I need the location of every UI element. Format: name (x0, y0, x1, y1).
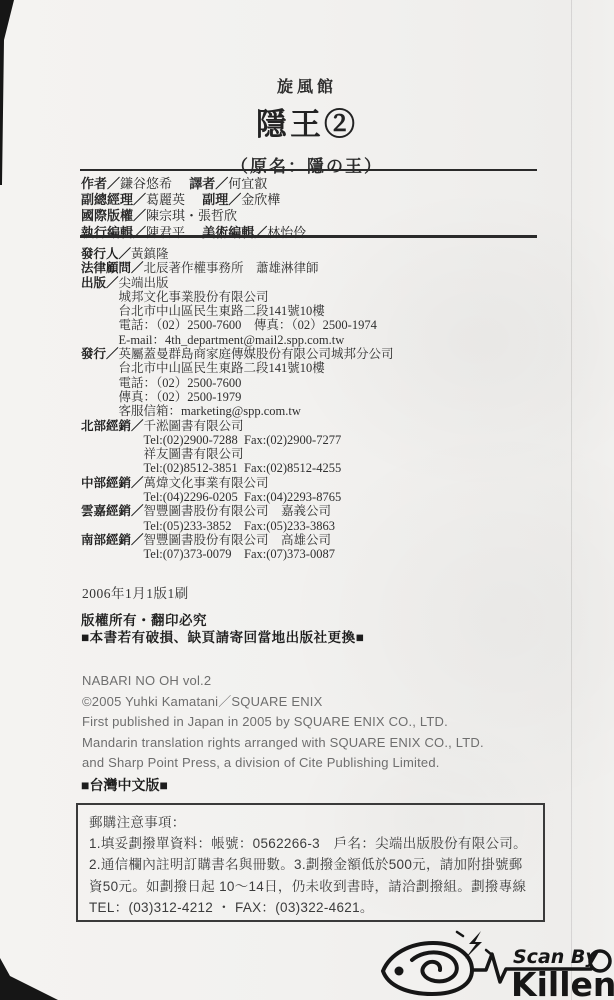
pub-line: 電話：（02）2500-7600 傳真：（02）2500-1974 (119, 318, 551, 332)
credit-row: 國際版權／陳宗琪・張哲欣 (81, 208, 320, 224)
damage-notice-line: ■本書若有破損、缺頁請寄回當地出版社更換■ (81, 630, 364, 647)
license-line: First published in Japan in 2005 by SQUA… (82, 712, 552, 733)
pub-line: 祥友圖書有限公司 (144, 447, 551, 461)
south-distributor-row: 南部經銷／ 智豐圖書股份有限公司 高雄公司 Tel:(07)373-0079 F… (81, 533, 551, 562)
mail-order-title: 郵購注意事項： (89, 812, 532, 833)
pub-label: 發行人／ (81, 247, 131, 261)
pub-line: 城邦文化事業股份有限公司 (119, 290, 551, 304)
pub-line: 電話：（02）2500-7600 (119, 376, 551, 390)
mail-order-body: 1.填妥劃撥單資料：帳號：0562266-3 戶名：尖端出版股份有限公司。2.通… (89, 833, 532, 918)
credit-label: 譯者／ (189, 176, 228, 191)
rights-notice: 版權所有・翻印必究 ■本書若有破損、缺頁請寄回當地出版社更換■ (81, 613, 364, 646)
pub-label: 發行／ (81, 347, 119, 361)
copyright-line: 版權所有・翻印必究 (81, 613, 364, 630)
imprint-label: 旋風館 (0, 74, 614, 97)
pub-label: 北部經銷／ (81, 419, 144, 433)
credit-row: 副總經理／葛麗英 副理／金欣樺 (81, 192, 320, 208)
pub-label: 南部經銷／ (81, 533, 144, 547)
mail-order-box: 郵購注意事項： 1.填妥劃撥單資料：帳號：0562266-3 戶名：尖端出版股份… (76, 803, 545, 922)
divider-top (80, 169, 537, 171)
pub-line: 萬煒文化事業有限公司 (144, 476, 551, 490)
pub-phone-line: Tel:(05)233-3852 Fax:(05)233-3863 (144, 519, 551, 533)
yunjia-distributor-row: 雲嘉經銷／ 智豐圖書股份有限公司 嘉義公司 Tel:(05)233-3852 F… (81, 504, 551, 533)
killen-text: Killen (511, 965, 614, 1000)
central-distributor-row: 中部經銷／ 萬煒文化事業有限公司 Tel:(04)2296-0205 Fax:(… (81, 476, 551, 505)
pub-phone-line: Tel:(02)8512-3851 Fax:(02)8512-4255 (144, 461, 551, 475)
pub-label: 雲嘉經銷／ (81, 504, 144, 518)
license-line: NABARI NO OH vol.2 (82, 671, 552, 692)
publisher-address-row: 出版／ 尖端出版 城邦文化事業股份有限公司 台北市中山區民生東路二段141號10… (81, 276, 551, 347)
original-title: （原名：隱の王） (0, 152, 614, 177)
staff-credits: 作者／鎌谷悠希 譯者／何宜叡 副總經理／葛麗英 副理／金欣樺 國際版權／陳宗琪・… (81, 176, 320, 241)
credit-value: 葛麗英 (146, 192, 185, 207)
pub-label: 中部經銷／ (81, 476, 144, 490)
legal-advisor-row: 法律顧問／ 北辰著作權事務所 蕭雄淋律師 (81, 261, 551, 275)
pub-label: 法律顧問／ (81, 261, 144, 275)
pub-label: 出版／ (81, 276, 119, 290)
pub-line: 北辰著作權事務所 蕭雄淋律師 (144, 261, 551, 275)
printing-date: 2006年1月1版1刷 (82, 582, 189, 602)
pub-line: 智豐圖書股份有限公司 高雄公司 (144, 533, 551, 547)
taiwan-edition-mark: ■台灣中文版■ (81, 775, 168, 795)
pub-line: 傳真：（02）2500-1979 (119, 390, 551, 404)
pub-line: 台北市中山區民生東路二段141號10樓 (119, 361, 551, 375)
publishing-info: 發行人／ 黃鎮隆 法律顧問／ 北辰著作權事務所 蕭雄淋律師 出版／ 尖端出版 城… (81, 247, 551, 562)
credit-value: 鎌谷悠希 (120, 176, 172, 191)
credit-row: 執行編輯／陳君平 美術編輯／林怡伶 (81, 225, 320, 241)
pub-line: 台北市中山區民生東路二段141號10樓 (119, 304, 551, 318)
scan-by-killen-logo: Scan By Killen (378, 930, 614, 1000)
license-line: ©2005 Yuhki Kamatani／SQUARE ENIX (82, 692, 552, 713)
scan-corner-artifact-bottom-left (0, 958, 58, 1000)
credit-value: 金欣樺 (241, 192, 280, 207)
pub-phone-line: Tel:(02)2900-7288 Fax:(02)2900-7277 (144, 433, 551, 447)
book-title: 隱王② (0, 99, 614, 144)
license-block: NABARI NO OH vol.2 ©2005 Yuhki Kamatani／… (82, 671, 552, 774)
issuer-row: 發行／ 英屬蓋曼群島商家庭傳媒股份有限公司城邦分公司 台北市中山區民生東路二段1… (81, 347, 551, 418)
pub-line: 千淞圖書有限公司 (144, 419, 551, 433)
credit-label: 副理／ (202, 192, 241, 207)
pub-phone-line: Tel:(04)2296-0205 Fax:(04)2293-8765 (144, 490, 551, 504)
credit-label: 作者／ (81, 176, 120, 191)
title-block: 旋風館 隱王② （原名：隱の王） (0, 74, 614, 177)
license-line: Mandarin translation rights arranged wit… (82, 733, 552, 754)
pub-email-line: 客服信箱：marketing@spp.com.tw (119, 404, 551, 418)
credit-row: 作者／鎌谷悠希 譯者／何宜叡 (81, 176, 320, 192)
mouse-eye-dot-icon (395, 967, 404, 976)
pub-line: 智豐圖書股份有限公司 嘉義公司 (144, 504, 551, 518)
publisher-row: 發行人／ 黃鎮隆 (81, 247, 551, 261)
pub-line: 英屬蓋曼群島商家庭傳媒股份有限公司城邦分公司 (119, 347, 551, 361)
pub-email-line: E-mail：4th_department@mail2.spp.com.tw (119, 333, 551, 347)
credit-label: 副總經理／ (81, 192, 146, 207)
license-line: and Sharp Point Press, a division of Cit… (82, 753, 552, 774)
north-distributor-row: 北部經銷／ 千淞圖書有限公司 Tel:(02)2900-7288 Fax:(02… (81, 419, 551, 476)
pub-phone-line: Tel:(07)373-0079 Fax:(07)373-0087 (144, 547, 551, 561)
divider-bottom (80, 235, 537, 238)
credit-label: 國際版權／ (81, 208, 146, 223)
colophon-page: 旋風館 隱王② （原名：隱の王） 作者／鎌谷悠希 譯者／何宜叡 副總經理／葛麗英… (0, 0, 614, 1000)
pub-line: 黃鎮隆 (131, 247, 551, 261)
credit-value: 陳宗琪・張哲欣 (146, 208, 237, 223)
credit-value: 何宜叡 (228, 176, 267, 191)
pub-line: 尖端出版 (119, 276, 551, 290)
